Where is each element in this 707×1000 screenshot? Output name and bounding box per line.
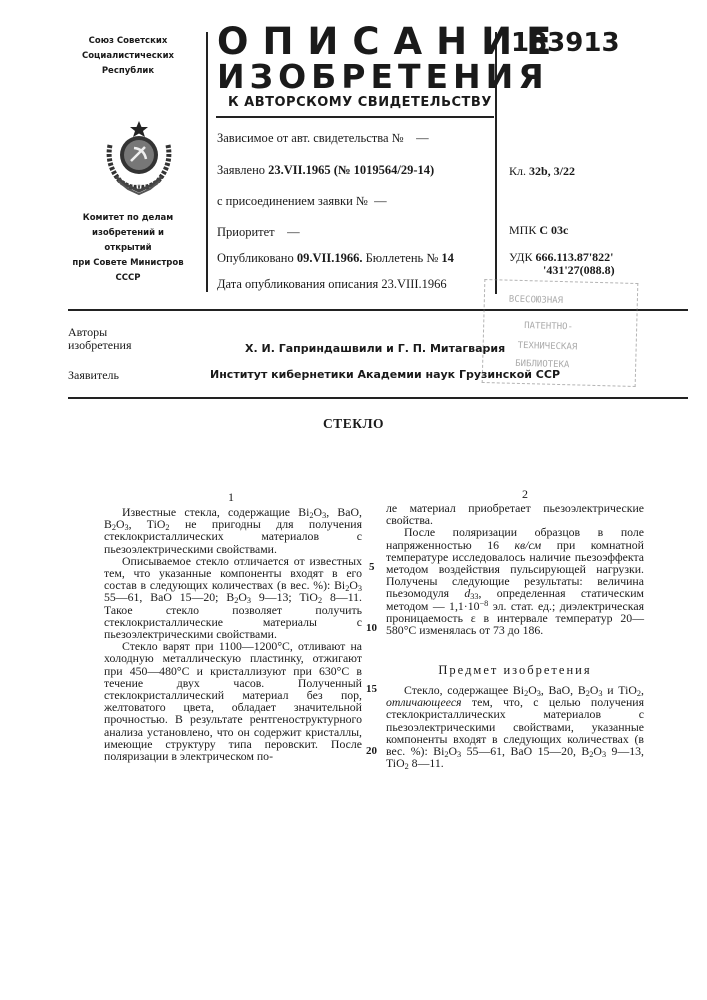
ipc-code: МПК C 03c [509, 223, 568, 238]
authors-names: Х. И. Гаприндашвили и Г. П. Митагвария [245, 342, 505, 355]
line-number: 5 [369, 561, 375, 573]
committee-line: при Совете Министров [68, 256, 188, 271]
stamp-line: ВСЕСОЮЗНАЯ [509, 295, 563, 306]
ussr-state-emblem-icon [100, 115, 178, 197]
claims-heading: Предмет изобретения [386, 663, 644, 678]
vertical-divider [206, 32, 208, 292]
meta-value: 32b, 3/22 [529, 164, 575, 178]
column-1-text: Известные стекла, содержащие Bi2O3, BaO,… [104, 506, 362, 762]
committee-line: изобретений и открытий [68, 226, 188, 256]
stamp-line: ТЕХНИЧЕСКАЯ [518, 341, 578, 353]
meta-value: 666.113.87'822' [535, 250, 613, 264]
line-number: 15 [366, 683, 377, 695]
document-title: СТЕКЛО [0, 416, 707, 432]
document-type-title-2: ИЗОБРЕТЕНИЯ [217, 58, 549, 96]
meta-value: C 03c [539, 223, 568, 237]
column-2-text: ле материал приобретает пьезоэлектрическ… [386, 502, 644, 636]
applicant-name: Институт кибернетики Академии наук Грузи… [210, 368, 560, 381]
meta-label: Зависимое от авт. свидетельства № [217, 131, 404, 145]
meta-value: 23.VII.1965 (№ 1019564/29-14) [268, 163, 434, 177]
meta-label: Опубликовано [217, 251, 294, 265]
meta-label: с присоединением заявки № [217, 194, 368, 208]
meta-label: Приоритет [217, 225, 275, 239]
meta-value: — [287, 225, 300, 239]
meta-value: — [416, 131, 429, 145]
dependent-certificate: Зависимое от авт. свидетельства № — [217, 131, 429, 146]
meta-value: 14 [441, 251, 454, 265]
published-date: Опубликовано 09.VII.1966. Бюллетень № 14 [217, 251, 454, 266]
committee-line: СССР [68, 271, 188, 286]
document-subtitle: К АВТОРСКОМУ СВИДЕТЕЛЬСТВУ [228, 95, 492, 110]
column-number-2: 2 [522, 487, 528, 502]
udc-code-cont: '431'27(088.8) [543, 263, 615, 278]
patent-number: 183913 [511, 28, 620, 58]
claims-text: Стекло, содержащее Bi2O3, BaO, B2O3 и Ti… [386, 684, 644, 769]
title-underline [216, 116, 494, 118]
meta-label: Дата опубликования описания [217, 277, 378, 291]
meta-label: Заявлено [217, 163, 265, 177]
meta-label: Кл. [509, 164, 526, 178]
label-line: изобретения [68, 339, 131, 352]
authors-label: Авторы изобретения [68, 326, 131, 352]
meta-value: — [374, 194, 387, 208]
joined-application: с присоединением заявки № — [217, 194, 387, 209]
committee-name: Комитет по делам изобретений и открытий … [68, 211, 188, 286]
stamp-line: ПАТЕНТНО- [524, 321, 573, 332]
meta-label: МПК [509, 223, 536, 237]
issuer-line: Социалистических [68, 49, 188, 64]
meta-label: Бюллетень № [366, 251, 439, 265]
line-number: 20 [366, 745, 377, 757]
issuer-line: Республик [68, 64, 188, 79]
column-number-1: 1 [228, 490, 234, 505]
meta-value: 23.VIII.1966 [381, 277, 446, 291]
priority: Приоритет — [217, 225, 300, 240]
line-number: 10 [366, 622, 377, 634]
class-code: Кл. 32b, 3/22 [509, 164, 575, 179]
issuer-line: Союз Советских [68, 34, 188, 49]
applicant-label: Заявитель [68, 369, 119, 382]
meta-value: '431'27(088.8) [543, 263, 615, 277]
meta-value: 09.VII.1966. [297, 251, 363, 265]
committee-line: Комитет по делам [68, 211, 188, 226]
parties-divider [68, 397, 688, 399]
issuer-name: Союз Советских Социалистических Республи… [68, 34, 188, 79]
description-publication-date: Дата опубликования описания 23.VIII.1966 [217, 277, 447, 292]
filed-date: Заявлено 23.VII.1965 (№ 1019564/29-14) [217, 163, 434, 178]
meta-label: УДК [509, 250, 532, 264]
